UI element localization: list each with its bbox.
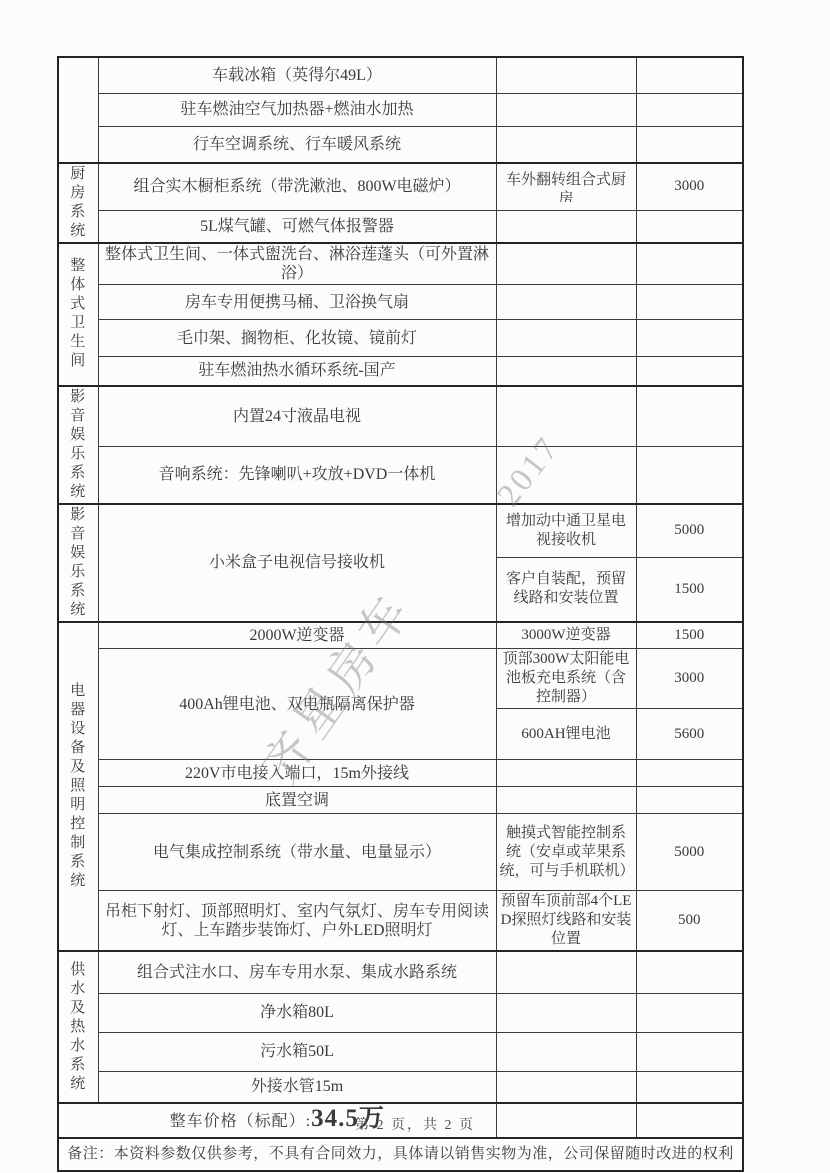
desc-cell: 净水箱80L — [98, 993, 496, 1032]
table-row: 音响系统：先锋喇叭+攻放+DVD一体机 — [58, 447, 743, 504]
option-cell — [496, 1071, 636, 1103]
price-cell — [636, 126, 743, 163]
option-cell — [496, 243, 636, 285]
table-row: 整体式卫生间 整体式卫生间、一体式盥洗台、淋浴莲蓬头（可外置淋浴） — [58, 243, 743, 285]
desc-cell: 220V市电接入端口，15m外接线 — [98, 760, 496, 787]
remarks-row: 备注：本资料参数仅供参考，不具有合同效力，具体请以销售实物为准，公司保留随时改进… — [58, 1138, 743, 1171]
price-cell: 1500 — [636, 622, 743, 649]
table-row: 影音娱乐系统 内置24寸液晶电视 — [58, 386, 743, 447]
table-row: 220V市电接入端口，15m外接线 — [58, 760, 743, 787]
price-cell: 5000 — [636, 504, 743, 558]
desc-cell: 音响系统：先锋喇叭+攻放+DVD一体机 — [98, 447, 496, 504]
desc-cell: 组合实木橱柜系统（带洗漱池、800W电磁炉） — [98, 163, 496, 210]
price-cell — [636, 993, 743, 1032]
option-cell — [496, 993, 636, 1032]
option-cell — [496, 57, 636, 93]
desc-cell: 底置空调 — [98, 787, 496, 814]
table-row: 毛巾架、搁物柜、化妆镜、镜前灯 — [58, 320, 743, 357]
spec-table: 车载冰箱（英得尔49L） 驻车燃油空气加热器+燃油水加热 行车空调系统、行车暖风… — [57, 56, 744, 1172]
price-cell: 5600 — [636, 709, 743, 760]
desc-cell: 整体式卫生间、一体式盥洗台、淋浴莲蓬头（可外置淋浴） — [98, 243, 496, 285]
table-row: 污水箱50L — [58, 1032, 743, 1071]
category-cell: 厨房系统 — [58, 163, 98, 243]
option-cell — [496, 1032, 636, 1071]
desc-cell: 2000W逆变器 — [98, 622, 496, 649]
desc-cell: 行车空调系统、行车暖风系统 — [98, 126, 496, 163]
desc-cell: 驻车燃油热水循环系统-国产 — [98, 357, 496, 386]
desc-cell: 电气集成控制系统（带水量、电量显示） — [98, 814, 496, 891]
table-row: 驻车燃油空气加热器+燃油水加热 — [58, 93, 743, 126]
option-cell — [496, 126, 636, 163]
table-row: 净水箱80L — [58, 993, 743, 1032]
category-cell: 整体式卫生间 — [58, 243, 98, 386]
table-row: 外接水管15m — [58, 1071, 743, 1103]
price-cell — [636, 285, 743, 320]
price-cell: 3000 — [636, 163, 743, 210]
price-cell — [636, 386, 743, 447]
table-row: 厨房系统 组合实木橱柜系统（带洗漱池、800W电磁炉） 车外翻转组合式厨房 30… — [58, 163, 743, 210]
document-page: 车载冰箱（英得尔49L） 驻车燃油空气加热器+燃油水加热 行车空调系统、行车暖风… — [0, 0, 830, 1173]
price-cell — [636, 760, 743, 787]
table-row: 电器设备及照明控制系统 2000W逆变器 3000W逆变器 1500 — [58, 622, 743, 649]
option-cell — [496, 760, 636, 787]
table-row: 5L煤气罐、可燃气体报警器 — [58, 210, 743, 243]
option-cell — [496, 320, 636, 357]
table-row: 驻车燃油热水循环系统-国产 — [58, 357, 743, 386]
table-row: 底置空调 — [58, 787, 743, 814]
category-cell: 供水及热水系统 — [58, 951, 98, 1103]
table-row: 行车空调系统、行车暖风系统 — [58, 126, 743, 163]
table-row: 吊柜下射灯、顶部照明灯、室内气氛灯、房车专用阅读灯、上车踏步装饰灯、户外LED照… — [58, 891, 743, 952]
desc-cell: 5L煤气罐、可燃气体报警器 — [98, 210, 496, 243]
option-text: 车外翻转组合式厨房 — [500, 171, 633, 202]
price-cell — [636, 447, 743, 504]
desc-cell: 小米盒子电视信号接收机 — [98, 504, 496, 622]
category-cell: 电器设备及照明控制系统 — [58, 622, 98, 952]
price-cell — [636, 210, 743, 243]
price-cell: 5000 — [636, 814, 743, 891]
price-cell — [636, 357, 743, 386]
desc-cell: 400Ah锂电池、双电瓶隔离保护器 — [98, 649, 496, 760]
option-cell — [496, 285, 636, 320]
category-cell — [58, 57, 98, 163]
desc-cell: 内置24寸液晶电视 — [98, 386, 496, 447]
price-cell — [636, 57, 743, 93]
table-row: 房车专用便携马桶、卫浴换气扇 — [58, 285, 743, 320]
price-cell — [636, 243, 743, 285]
price-cell: 3000 — [636, 649, 743, 709]
desc-cell: 组合式注水口、房车专用水泵、集成水路系统 — [98, 951, 496, 993]
price-cell — [636, 93, 743, 126]
table-row: 400Ah锂电池、双电瓶隔离保护器 顶部300W太阳能电池板充电系统（含控制器）… — [58, 649, 743, 709]
desc-cell: 毛巾架、搁物柜、化妆镜、镜前灯 — [98, 320, 496, 357]
option-cell — [496, 787, 636, 814]
desc-cell: 房车专用便携马桶、卫浴换气扇 — [98, 285, 496, 320]
desc-cell: 驻车燃油空气加热器+燃油水加热 — [98, 93, 496, 126]
table-row: 供水及热水系统 组合式注水口、房车专用水泵、集成水路系统 — [58, 951, 743, 993]
table-row: 电气集成控制系统（带水量、电量显示） 触摸式智能控制系统（安卓或苹果系统，可与手… — [58, 814, 743, 891]
price-cell — [636, 1071, 743, 1103]
desc-cell: 车载冰箱（英得尔49L） — [98, 57, 496, 93]
remarks-cell: 备注：本资料参数仅供参考，不具有合同效力，具体请以销售实物为准，公司保留随时改进… — [58, 1138, 743, 1171]
price-cell — [636, 951, 743, 993]
option-cell: 触摸式智能控制系统（安卓或苹果系统，可与手机联机） — [496, 814, 636, 891]
option-cell — [496, 951, 636, 993]
option-cell: 车外翻转组合式厨房 — [496, 163, 636, 210]
price-cell: 1500 — [636, 558, 743, 622]
price-cell: 500 — [636, 891, 743, 952]
option-cell — [496, 386, 636, 447]
option-cell: 3000W逆变器 — [496, 622, 636, 649]
table-row: 影音娱乐系统 小米盒子电视信号接收机 增加动中通卫星电视接收机 5000 — [58, 504, 743, 558]
price-cell — [636, 320, 743, 357]
option-cell — [496, 210, 636, 243]
option-cell: 客户自装配，预留线路和安装位置 — [496, 558, 636, 622]
option-cell — [496, 357, 636, 386]
option-cell: 600AH锂电池 — [496, 709, 636, 760]
desc-cell: 外接水管15m — [98, 1071, 496, 1103]
table-row: 车载冰箱（英得尔49L） — [58, 57, 743, 93]
option-cell: 预留车顶前部4个LED探照灯线路和安装位置 — [496, 891, 636, 952]
desc-cell: 污水箱50L — [98, 1032, 496, 1071]
option-cell: 增加动中通卫星电视接收机 — [496, 504, 636, 558]
category-cell: 影音娱乐系统 — [58, 386, 98, 504]
option-cell — [496, 93, 636, 126]
option-cell: 顶部300W太阳能电池板充电系统（含控制器） — [496, 649, 636, 709]
option-cell — [496, 447, 636, 504]
desc-cell: 吊柜下射灯、顶部照明灯、室内气氛灯、房车专用阅读灯、上车踏步装饰灯、户外LED照… — [98, 891, 496, 952]
page-number-footer: 第 2 页，共 2 页 — [0, 1114, 830, 1134]
category-cell: 影音娱乐系统 — [58, 504, 98, 622]
price-cell — [636, 1032, 743, 1071]
price-cell — [636, 787, 743, 814]
